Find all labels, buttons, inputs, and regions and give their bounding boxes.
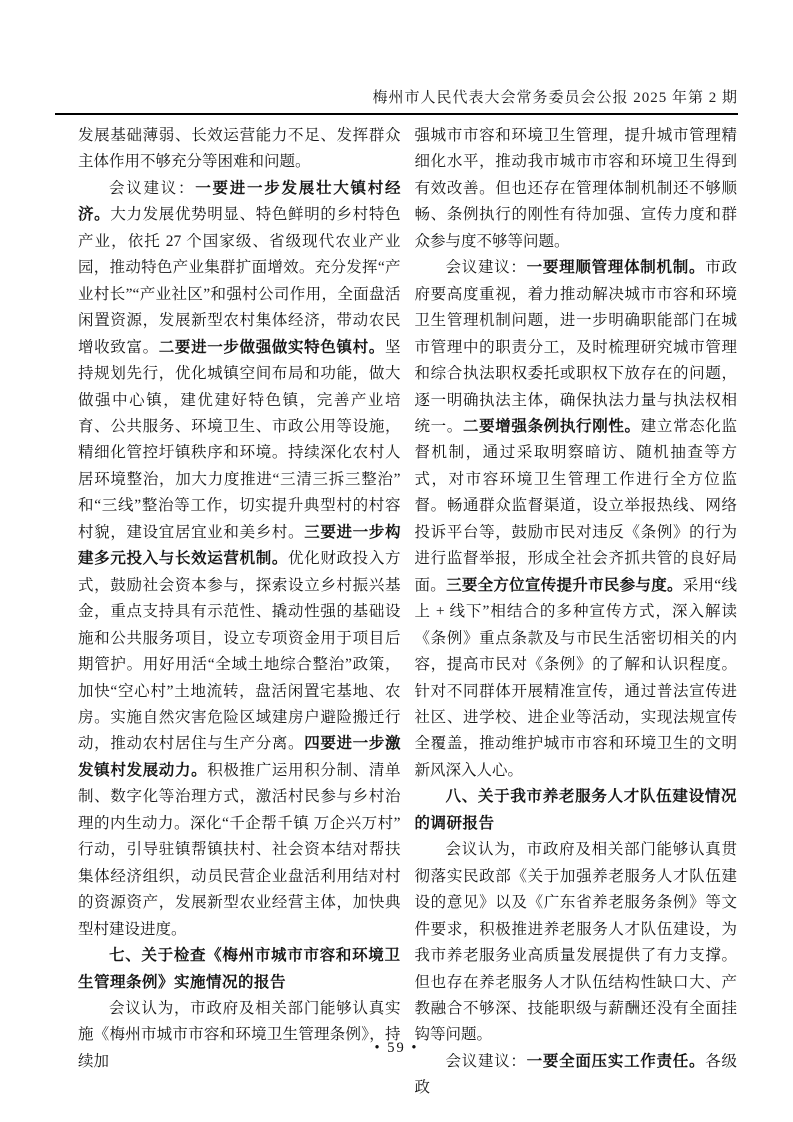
text-run: 市政府要高度重视，着力推动解决城市市容和环境卫生管理机制问题，进一步明确职能部门… [415,259,738,435]
text-run: 大力发展优势明显、特色鲜明的乡村特色产业，依托 27 个国家级、省级现代农业产业… [78,206,401,355]
article-columns: 发展基础薄弱、长效运营能力不足、发挥群众主体作用不够充分等困难和问题。会议建议：… [78,123,737,1102]
text-run: 坚持规划先行，优化城镇空间布局和功能，做大做强中心镇，建优建好特色镇，完善产业培… [78,339,401,541]
bold-text-run: 一要理顺管理体制机制。 [527,259,706,276]
text-run: 优化财政投入方式，鼓励社会资本参与，探索设立乡村振兴基金，重点支持具有示范性、撬… [78,550,401,752]
text-run: 会议建议： [446,259,527,276]
publication-title: 梅州市人民代表大会常务委员会公报 2025 年第 2 期 [372,90,738,106]
section-heading: 八、关于我市养老服务人才队伍建设情况的调研报告 [415,784,738,837]
paragraph: 会议建议：一要进一步发展壮大镇村经济。大力发展优势明显、特色鲜明的乡村特色产业，… [78,176,401,943]
paragraph: 会议认为，市政府及相关部门能够认真贯彻落实民政部《关于加强养老服务人才队伍建设的… [415,837,738,1049]
header-rule [55,113,738,115]
section-heading: 七、关于检查《梅州市城市市容和环境卫生管理条例》实施情况的报告 [78,943,401,996]
bold-text-run: 三要全方位宣传提升市民参与度。 [446,577,683,594]
paragraph: 强城市市容和环境卫生管理，提升城市管理精细化水平，推动我市城市市容和环境卫生得到… [415,123,738,255]
page-number: • 59 • [375,1040,419,1056]
page-header: 梅州市人民代表大会常务委员会公报 2025 年第 2 期 [55,86,738,107]
paragraph: 会议认为，市政府及相关部门能够认真实施《梅州市城市市容和环境卫生管理条例》，持续… [78,996,401,1075]
left-column: 发展基础薄弱、长效运营能力不足、发挥群众主体作用不够充分等困难和问题。会议建议：… [78,123,401,1102]
text-run: 发展基础薄弱、长效运营能力不足、发挥群众主体作用不够充分等困难和问题。 [78,127,401,170]
bold-text-run: 八、关于我市养老服务人才队伍建设情况的调研报告 [415,788,738,831]
paragraph: 会议建议：一要理顺管理体制机制。市政府要高度重视，着力推动解决城市市容和环境卫生… [415,255,738,784]
text-run: 采用“线上 + 线下”相结合的多种宣传方式，深入解读《条例》重点条款及与市民生活… [415,577,738,779]
text-run: 建立常态化监督机制，通过采取明察暗访、随机抽查等方式，对市容环境卫生管理工作进行… [415,418,738,594]
text-run: 积极推广运用积分制、清单制、数字化等治理方式，激活村民参与乡村治理的内生动力。深… [78,762,401,938]
gazette-page: 梅州市人民代表大会常务委员会公报 2025 年第 2 期 发展基础薄弱、长效运营… [0,0,793,1122]
bold-text-run: 七、关于检查《梅州市城市市容和环境卫生管理条例》实施情况的报告 [78,947,401,990]
text-run: 会议认为，市政府及相关部门能够认真贯彻落实民政部《关于加强养老服务人才队伍建设的… [415,841,738,1043]
bold-text-run: 二要增强条例执行刚性。 [463,418,641,435]
bold-text-run: 二要进一步做强做实特色镇村。 [159,339,385,356]
paragraph: 发展基础薄弱、长效运营能力不足、发挥群众主体作用不够充分等困难和问题。 [78,123,401,176]
text-run: 会议建议： [109,180,195,197]
right-column: 强城市市容和环境卫生管理，提升城市管理精细化水平，推动我市城市市容和环境卫生得到… [415,123,738,1102]
page-footer: • 59 • [0,1040,793,1057]
text-run: 会议认为，市政府及相关部门能够认真实施《梅州市城市市容和环境卫生管理条例》，持续… [78,1000,401,1070]
text-run: 强城市市容和环境卫生管理，提升城市管理精细化水平，推动我市城市市容和环境卫生得到… [415,127,738,250]
